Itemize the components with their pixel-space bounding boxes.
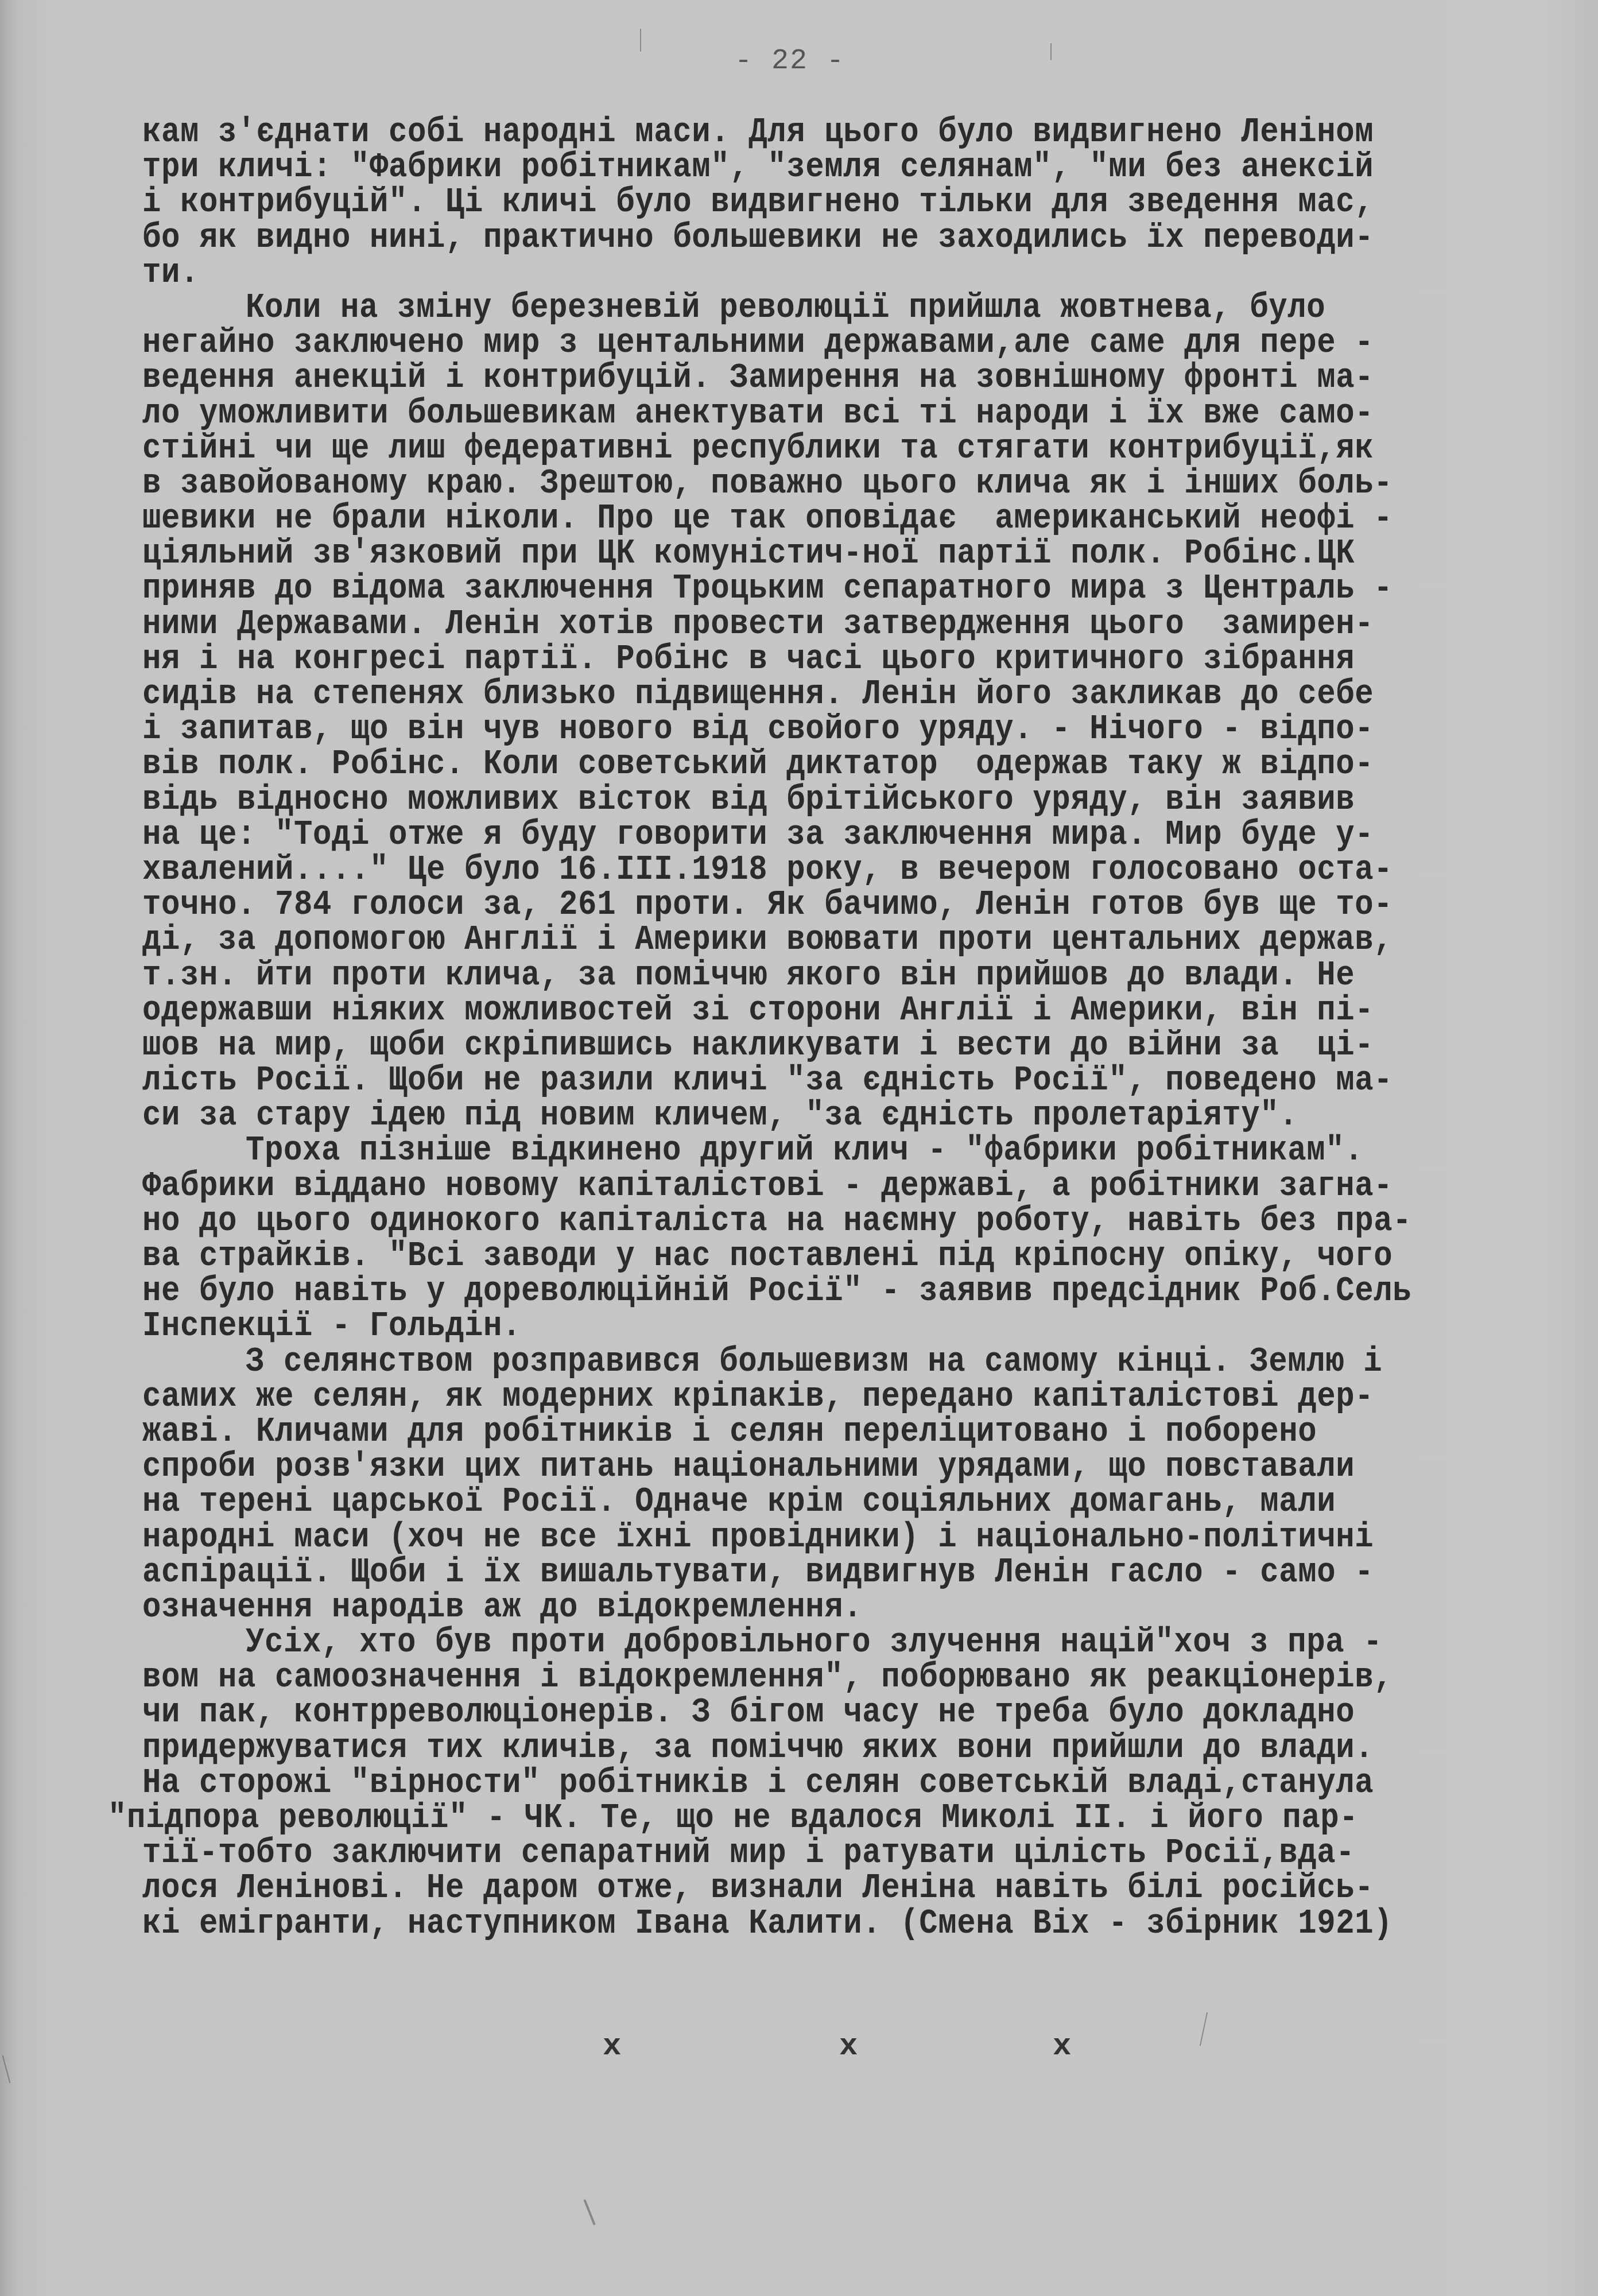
text-line: не було навіть у дореволюційній Росії" -… [142,1272,1497,1312]
text-line: кам з'єднати собі народні маси. Для цьог… [142,113,1497,152]
text-line: чи пак, контрреволюціонерів. З бігом час… [142,1693,1497,1733]
text-line: одержавши ніяких можливостей зі сторони … [142,991,1497,1030]
page-number: - 22 - [735,45,845,77]
text-line: бо як видно нині, практично большевики н… [142,218,1497,258]
text-line: ведення анекцій і контрибуцій. Замирення… [142,359,1497,398]
text-line: сидів на степенях близько підвищення. Ле… [142,674,1497,714]
text-line: лося Ленінові. Не даром отже, визнали Ле… [142,1869,1497,1909]
text-line: означення народів аж до відокремлення. [142,1588,1497,1627]
scan-speck [1050,43,1052,60]
text-line: і контрибуцій". Ці кличі було видвигнено… [142,183,1497,223]
text-line: На сторожі "вірности" робітників і селян… [142,1763,1497,1803]
separator-mark: x [1053,2029,1071,2064]
text-line: негайно заключено мир з центальними держ… [142,323,1497,363]
text-line: і запитав, що він чув нового від свойого… [142,710,1497,750]
text-line: ти. [142,253,1497,293]
separator-mark: x [839,2029,858,2064]
text-line: приняв до відома заключення Троцьким сеп… [142,569,1497,609]
text-line: придержуватися тих кличів, за поміччю як… [142,1728,1497,1768]
text-line: стійні чи ще лиш федеративні республики … [142,429,1497,468]
text-line: спроби розв'язки цих питань національним… [142,1447,1497,1487]
text-line: жаві. Кличами для робітників і селян пер… [142,1412,1497,1452]
section-separator: x x x [0,2029,1598,2064]
scanned-page: - 22 - кам з'єднати собі народні маси. Д… [0,0,1598,2296]
text-line: ло уможливити большевикам анектувати всі… [142,394,1497,433]
text-line: ціяльний зв'язковий при ЦК комуністич-но… [142,534,1497,574]
text-line: тії-тобто заключити сепаратний мир і рат… [142,1834,1497,1874]
text-line: Фабрики віддано новому капіталістові - д… [142,1166,1497,1206]
text-line: но до цього одинокого капіталіста на нає… [142,1201,1497,1241]
text-line: хвалений...." Це було 16.III.1918 року, … [142,850,1497,890]
text-line: шевики не брали ніколи. Про це так опові… [142,499,1497,538]
text-line: три кличі: "Фабрики робітникам", "земля … [142,148,1497,188]
text-line: ня і на конгресі партії. Робінс в часі ц… [142,639,1497,679]
typewritten-body: кам з'єднати собі народні маси. Для цьог… [142,115,1497,1941]
text-line: вом на самоозначення і відокремлення", п… [142,1658,1497,1698]
text-line: кі емігранти, наступником Івана Калити. … [142,1904,1497,1944]
text-line: на терені царської Росії. Одначе крім со… [142,1483,1497,1522]
text-line: аспірації. Щоби і їх вишальтувати, видви… [142,1553,1497,1592]
text-line: Троха пізніше відкинено другий клич - "ф… [142,1131,1497,1171]
text-line: ними Державами. Ленін хотів провести зат… [142,604,1497,644]
scan-speck [583,2199,596,2225]
text-line: З селянством розправився большевизм на с… [142,1342,1497,1382]
scan-speck [640,29,641,52]
text-line: на це: "Тоді отже я буду говорити за зак… [142,815,1497,855]
text-line: вів полк. Робінс. Коли советський диктат… [142,745,1497,785]
text-line: відь відносно можливих вісток від брітій… [142,780,1497,820]
text-line: т.зн. йти проти клича, за поміччю якого … [142,956,1497,995]
text-line: в завойованому краю. Зрештою, поважно ць… [142,464,1497,503]
text-line: ва страйків. "Всі заводи у нас поставлен… [142,1236,1497,1276]
text-line: ді, за допомогою Англії і Америки воюват… [142,921,1497,960]
text-line: "підпора революції" - ЧК. Те, що не вдал… [108,1798,1497,1838]
text-line: самих же селян, як модерних кріпаків, пе… [142,1377,1497,1417]
text-line: точно. 784 голоси за, 261 проти. Як бачи… [142,885,1497,925]
text-line: лість Росії. Щоби не разили кличі "за єд… [142,1061,1497,1100]
text-line: Усіх, хто був проти добровільного злучен… [142,1623,1497,1662]
separator-mark: x [603,2029,621,2064]
text-line: народні маси (хоч не все їхні провідники… [142,1518,1497,1557]
text-line: шов на мир, щоби скріпившись накликувати… [142,1026,1497,1065]
text-line: си за стару ідею під новим кличем, "за є… [142,1096,1497,1136]
text-line: Коли на зміну березневій революції прийш… [142,288,1497,328]
text-line: Інспекції - Гольдін. [142,1307,1497,1347]
